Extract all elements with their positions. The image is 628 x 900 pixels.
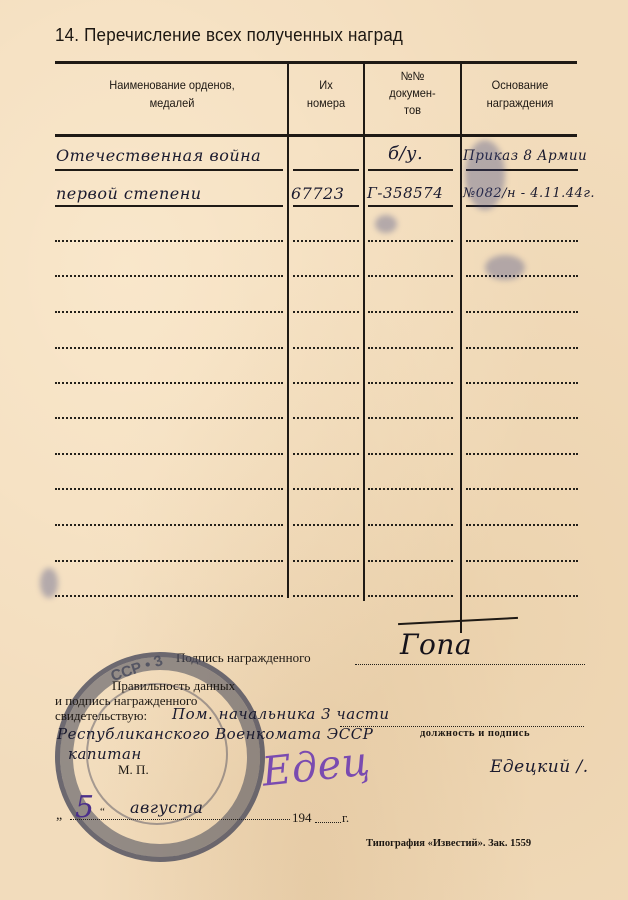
empty-row-line (55, 275, 283, 277)
empty-row-line (293, 311, 359, 313)
empty-row-line (466, 488, 578, 490)
ink-blot (485, 255, 525, 280)
empty-row-line (293, 524, 359, 526)
row-line (368, 169, 453, 171)
recipient-signature: Гопа (400, 628, 472, 661)
header-award-name-line2: медалей (69, 94, 275, 112)
table-header-bottom-rule (55, 134, 577, 137)
official-name: Едецкий /. (490, 757, 589, 777)
official-signature: Едец (260, 738, 372, 795)
empty-row-line (293, 488, 359, 490)
header-documents-line3: тов (370, 102, 456, 119)
empty-row-line (466, 275, 578, 277)
row-line (293, 205, 359, 207)
date-open-quote: „ (56, 808, 62, 824)
stamp-place-label: М. П. (118, 762, 149, 778)
row-line (55, 169, 283, 171)
empty-row-line (293, 240, 359, 242)
document-number-row1: б/у. (388, 143, 423, 164)
empty-row-line (466, 595, 578, 597)
empty-row-line (368, 240, 453, 242)
empty-row-line (293, 382, 359, 384)
certifier-position-line2: Республиканского Военкомата ЭССР (57, 725, 373, 743)
empty-row-line (55, 240, 283, 242)
empty-row-line (368, 524, 453, 526)
position-signature-line (340, 726, 584, 727)
ink-blot (40, 568, 58, 598)
row-line (293, 169, 359, 171)
header-award-name-line1: Наименование орденов, (69, 76, 275, 94)
section-title: 14. Перечисление всех полученных наград (55, 24, 403, 46)
empty-row-line (293, 560, 359, 562)
document-number-row2: Г-358574 (367, 184, 443, 202)
empty-row-line (368, 488, 453, 490)
empty-row-line (466, 524, 578, 526)
empty-row-line (293, 275, 359, 277)
signature-stroke (398, 617, 518, 625)
header-basis: Основание награждения (468, 76, 573, 112)
certifier-rank: капитан (68, 745, 142, 763)
date-year-suffix: г. (342, 810, 349, 826)
row-line (55, 205, 283, 207)
header-documents: №№ докумен- тов (370, 68, 456, 119)
certifier-position-line1: Пом. начальника 3 части (172, 705, 389, 723)
empty-row-line (55, 347, 283, 349)
header-award-name: Наименование орденов, медалей (69, 76, 275, 112)
empty-row-line (293, 347, 359, 349)
empty-row-line (55, 382, 283, 384)
empty-row-line (293, 417, 359, 419)
empty-row-line (55, 453, 283, 455)
award-name-row2: первой степени (56, 184, 202, 203)
empty-row-line (466, 311, 578, 313)
position-signature-label: должность и подпись (420, 728, 530, 739)
empty-row-line (55, 311, 283, 313)
empty-row-line (466, 453, 578, 455)
printer-imprint: Типография «Известий». Зак. 1559 (366, 838, 531, 849)
date-year-line (315, 822, 341, 823)
empty-row-line (293, 453, 359, 455)
column-divider-2 (363, 63, 365, 601)
header-documents-line2: докумен- (370, 85, 456, 102)
empty-row-line (466, 240, 578, 242)
empty-row-line (55, 595, 283, 597)
award-number-row2: 67723 (291, 184, 344, 203)
header-numbers-line2: номера (293, 94, 359, 112)
empty-row-line (368, 382, 453, 384)
date-close-quote: “ (100, 806, 105, 818)
column-divider-3 (460, 63, 462, 633)
date-line (70, 819, 290, 820)
empty-row-line (293, 595, 359, 597)
column-divider-1 (287, 63, 289, 598)
empty-row-line (466, 417, 578, 419)
certification-line1: Правильность данных (112, 678, 235, 694)
empty-row-line (368, 311, 453, 313)
empty-row-line (55, 560, 283, 562)
empty-row-line (368, 275, 453, 277)
date-month: августа (130, 798, 203, 817)
empty-row-line (55, 488, 283, 490)
date-year-prefix: 194 (292, 810, 312, 826)
recipient-signature-line (355, 664, 585, 665)
certification-line3: свидетельствую: (55, 708, 147, 724)
header-numbers-line1: Их (293, 76, 359, 94)
ink-blot (375, 215, 397, 233)
empty-row-line (368, 347, 453, 349)
header-documents-line1: №№ (370, 68, 456, 85)
empty-row-line (368, 417, 453, 419)
award-name-row1: Отечественная война (56, 146, 261, 165)
empty-row-line (55, 524, 283, 526)
header-numbers: Их номера (293, 76, 359, 112)
empty-row-line (55, 417, 283, 419)
empty-row-line (466, 560, 578, 562)
header-basis-line1: Основание (468, 76, 573, 94)
empty-row-line (466, 382, 578, 384)
empty-row-line (368, 595, 453, 597)
empty-row-line (368, 560, 453, 562)
row-line (368, 205, 453, 207)
empty-row-line (466, 347, 578, 349)
table-top-rule (55, 61, 577, 64)
header-basis-line2: награждения (468, 94, 573, 112)
empty-row-line (368, 453, 453, 455)
ink-blot (465, 140, 505, 210)
